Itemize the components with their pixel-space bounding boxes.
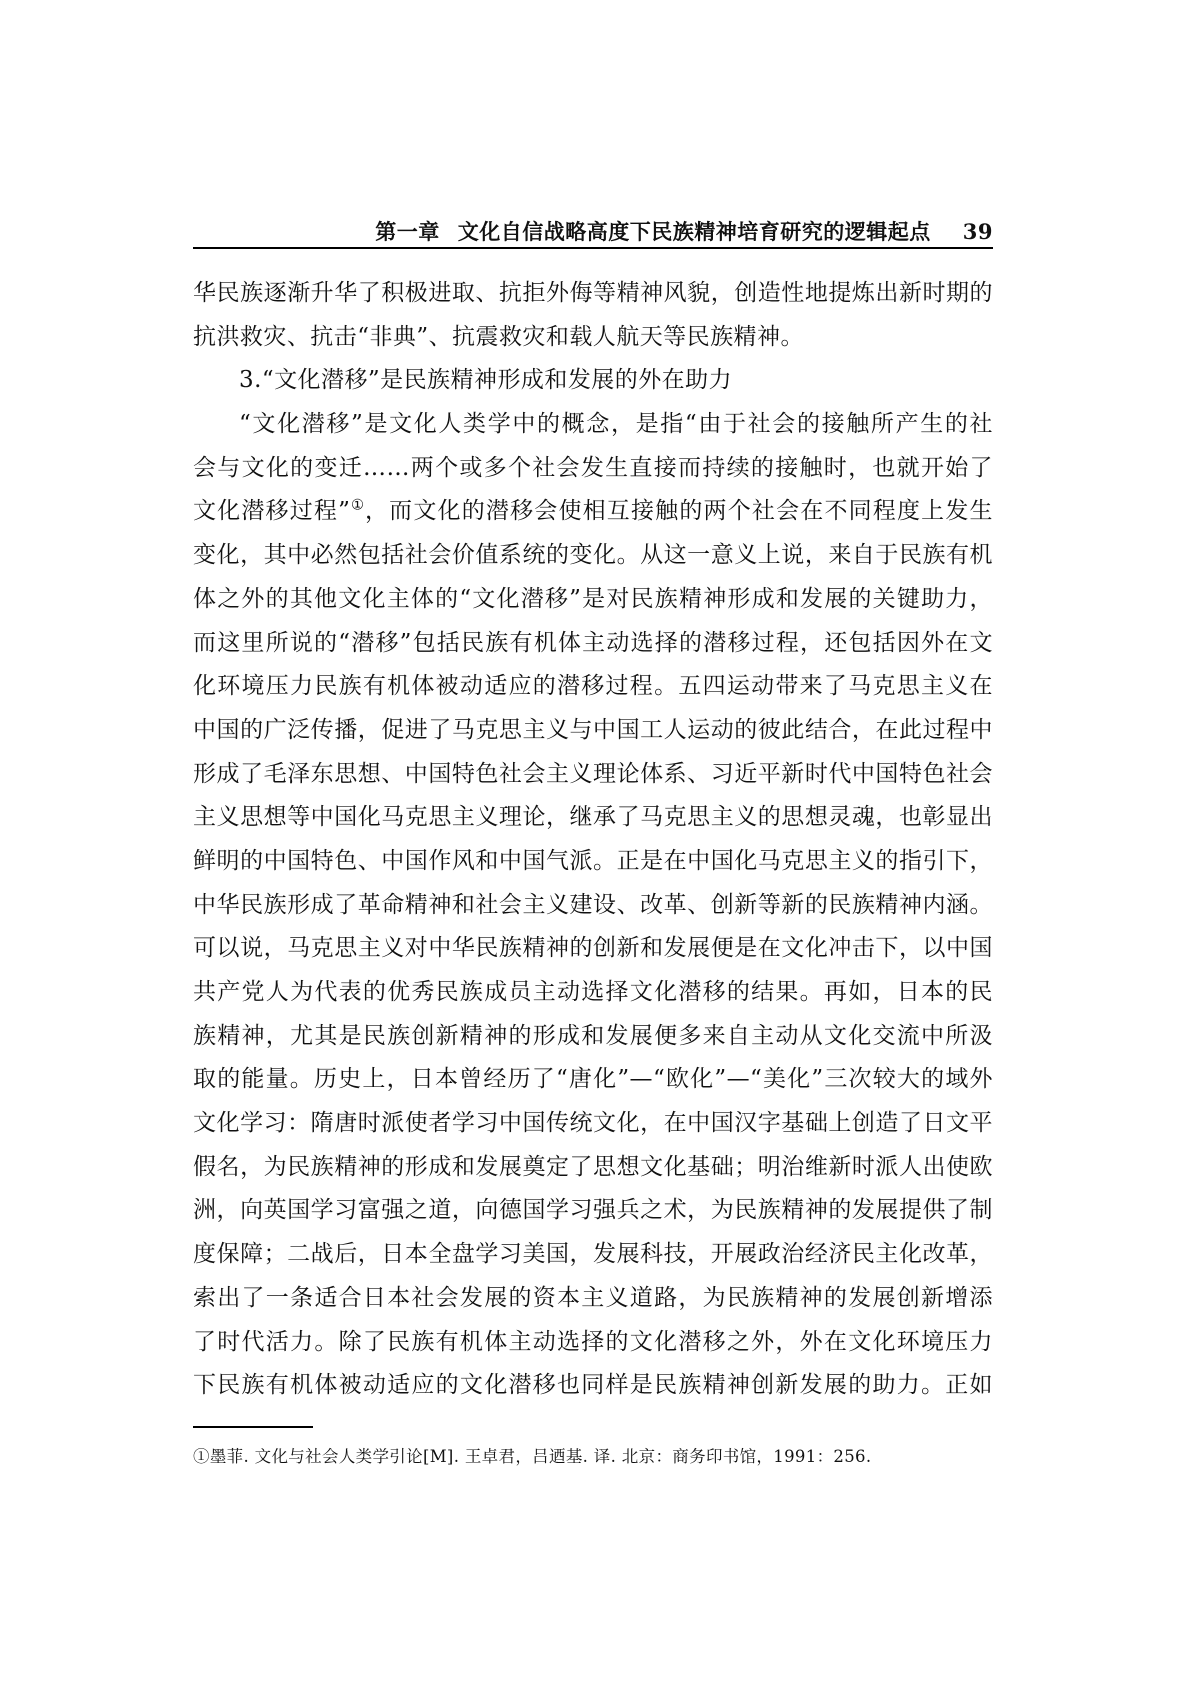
running-header: 第一章 文化自信战略高度下民族精神培育研究的逻辑起点 39: [193, 216, 993, 246]
text-line: 洲，向英国学习富强之道，向德国学习强兵之术，为民族精神的发展提供了制: [193, 1189, 993, 1233]
text-line: “文化潜移”是文化人类学中的概念，是指“由于社会的接触所产生的社: [193, 403, 993, 447]
text-line: 族精神，尤其是民族创新精神的形成和发展便多来自主动从文化交流中所汲: [193, 1015, 993, 1059]
text-line: 假名，为民族精神的形成和发展奠定了思想文化基础；明治维新时派人出使欧: [193, 1146, 993, 1190]
text-line: 下民族有机体被动适应的文化潜移也同样是民族精神创新发展的助力。正如: [193, 1364, 993, 1408]
text-line: 文化学习：隋唐时派使者学习中国传统文化，在中国汉字基础上创造了日文平: [193, 1102, 993, 1146]
chapter-label: 第一章: [375, 216, 440, 246]
text-line: 体之外的其他文化主体的“文化潜移”是对民族精神形成和发展的关键助力，: [193, 578, 993, 622]
footnote-reference-mark: ①: [350, 498, 365, 514]
text-line: 会与文化的变迁……两个或多个社会发生直接而持续的接触时，也就开始了: [193, 447, 993, 491]
text-line: 索出了一条适合日本社会发展的资本主义道路，为民族精神的发展创新增添: [193, 1277, 993, 1321]
text-line: 鲜明的中国特色、中国作风和中国气派。正是在中国化马克思主义的指引下，: [193, 840, 993, 884]
text-line: 变化，其中必然包括社会价值系统的变化。从这一意义上说，来自于民族有机: [193, 534, 993, 578]
text-line: 主义思想等中国化马克思主义理论，继承了马克思主义的思想灵魂，也彰显出: [193, 796, 993, 840]
chapter-title: 文化自信战略高度下民族精神培育研究的逻辑起点: [458, 216, 931, 246]
text-line: 而这里所说的“潜移”包括民族有机体主动选择的潜移过程，还包括因外在文: [193, 622, 993, 666]
text-line: 抗洪救灾、抗击“非典”、抗震救灾和载人航天等民族精神。: [193, 316, 993, 360]
text-line: 形成了毛泽东思想、中国特色社会主义理论体系、习近平新时代中国特色社会: [193, 753, 993, 797]
page-number: 39: [963, 219, 993, 244]
footnote-text: ①墨菲. 文化与社会人类学引论[M]. 王卓君，吕迺基. 译. 北京：商务印书馆…: [193, 1444, 993, 1470]
body-text: 华民族逐渐升华了积极进取、抗拒外侮等精神风貌，创造性地提炼出新时期的抗洪救灾、抗…: [193, 272, 993, 1408]
footnote-divider: [193, 1426, 313, 1428]
header-rule: [193, 247, 993, 249]
text-line: 文化潜移过程”①，而文化的潜移会使相互接触的两个社会在不同程度上发生: [193, 490, 993, 534]
text-line: 化环境压力民族有机体被动适应的潜移过程。五四运动带来了马克思主义在: [193, 665, 993, 709]
text-line: 可以说，马克思主义对中华民族精神的创新和发展便是在文化冲击下，以中国: [193, 927, 993, 971]
text-line: 3.“文化潜移”是民族精神形成和发展的外在助力: [193, 359, 993, 403]
book-page: 第一章 文化自信战略高度下民族精神培育研究的逻辑起点 39 华民族逐渐升华了积极…: [0, 0, 1190, 1684]
text-line: 共产党人为代表的优秀民族成员主动选择文化潜移的结果。再如，日本的民: [193, 971, 993, 1015]
text-line: 华民族逐渐升华了积极进取、抗拒外侮等精神风貌，创造性地提炼出新时期的: [193, 272, 993, 316]
text-line: 中华民族形成了革命精神和社会主义建设、改革、创新等新的民族精神内涵。: [193, 884, 993, 928]
text-line: 度保障；二战后，日本全盘学习美国，发展科技，开展政治经济民主化改革，探: [193, 1233, 993, 1277]
text-line: 取的能量。历史上，日本曾经历了“唐化”—“欧化”—“美化”三次较大的域外: [193, 1058, 993, 1102]
text-line: 了时代活力。除了民族有机体主动选择的文化潜移之外，外在文化环境压力: [193, 1321, 993, 1365]
text-line: 中国的广泛传播，促进了马克思主义与中国工人运动的彼此结合，在此过程中: [193, 709, 993, 753]
